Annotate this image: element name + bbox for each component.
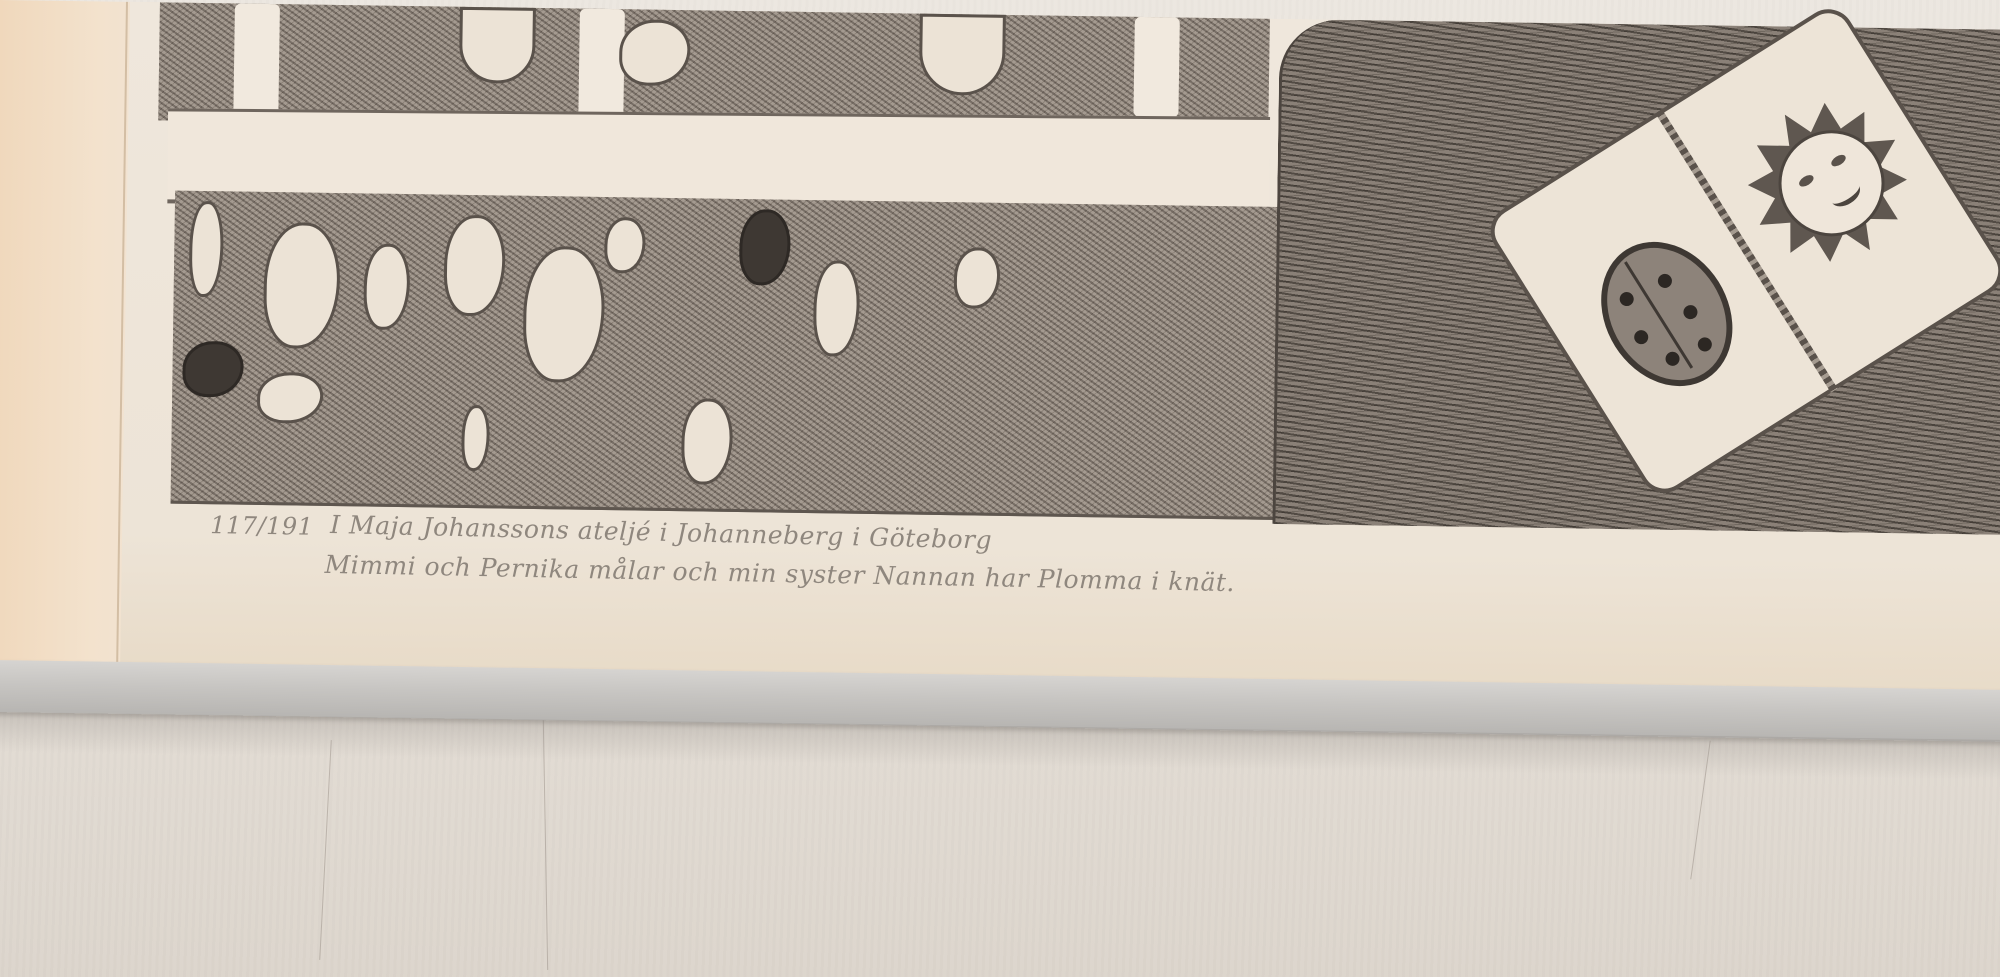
sun-eye	[1829, 153, 1847, 169]
sun-face	[1758, 110, 1904, 256]
floral-frieze	[171, 191, 1286, 520]
leaf-shape	[461, 405, 490, 471]
sun-eye	[1797, 173, 1815, 189]
shelf-divider	[233, 3, 280, 114]
bowl-object	[919, 14, 1006, 96]
leaf-shape	[681, 398, 733, 485]
edition-number: 117/191	[210, 511, 314, 541]
passepartout-mat: 117/191 I Maja Johanssons ateljé i Johan…	[0, 0, 2000, 705]
jar-object	[459, 7, 536, 84]
mushroom-object	[619, 19, 691, 86]
shelf-divider	[1133, 17, 1179, 118]
leaf-shape	[257, 372, 324, 424]
leaf-shape	[363, 243, 410, 330]
leaf-shape	[443, 215, 505, 317]
dark-leaf-shape	[739, 209, 791, 286]
flower-shape	[522, 246, 605, 383]
leaf-shape	[604, 217, 646, 274]
leaf-shape	[813, 260, 860, 357]
flower-bud-shape	[954, 247, 1001, 309]
wall-crack	[319, 740, 332, 960]
shelf-divider	[578, 9, 625, 120]
dark-leaf-shape	[182, 341, 244, 398]
leaf-shape	[189, 201, 224, 297]
flower-shape	[263, 222, 341, 349]
sun-mouth	[1826, 177, 1864, 212]
